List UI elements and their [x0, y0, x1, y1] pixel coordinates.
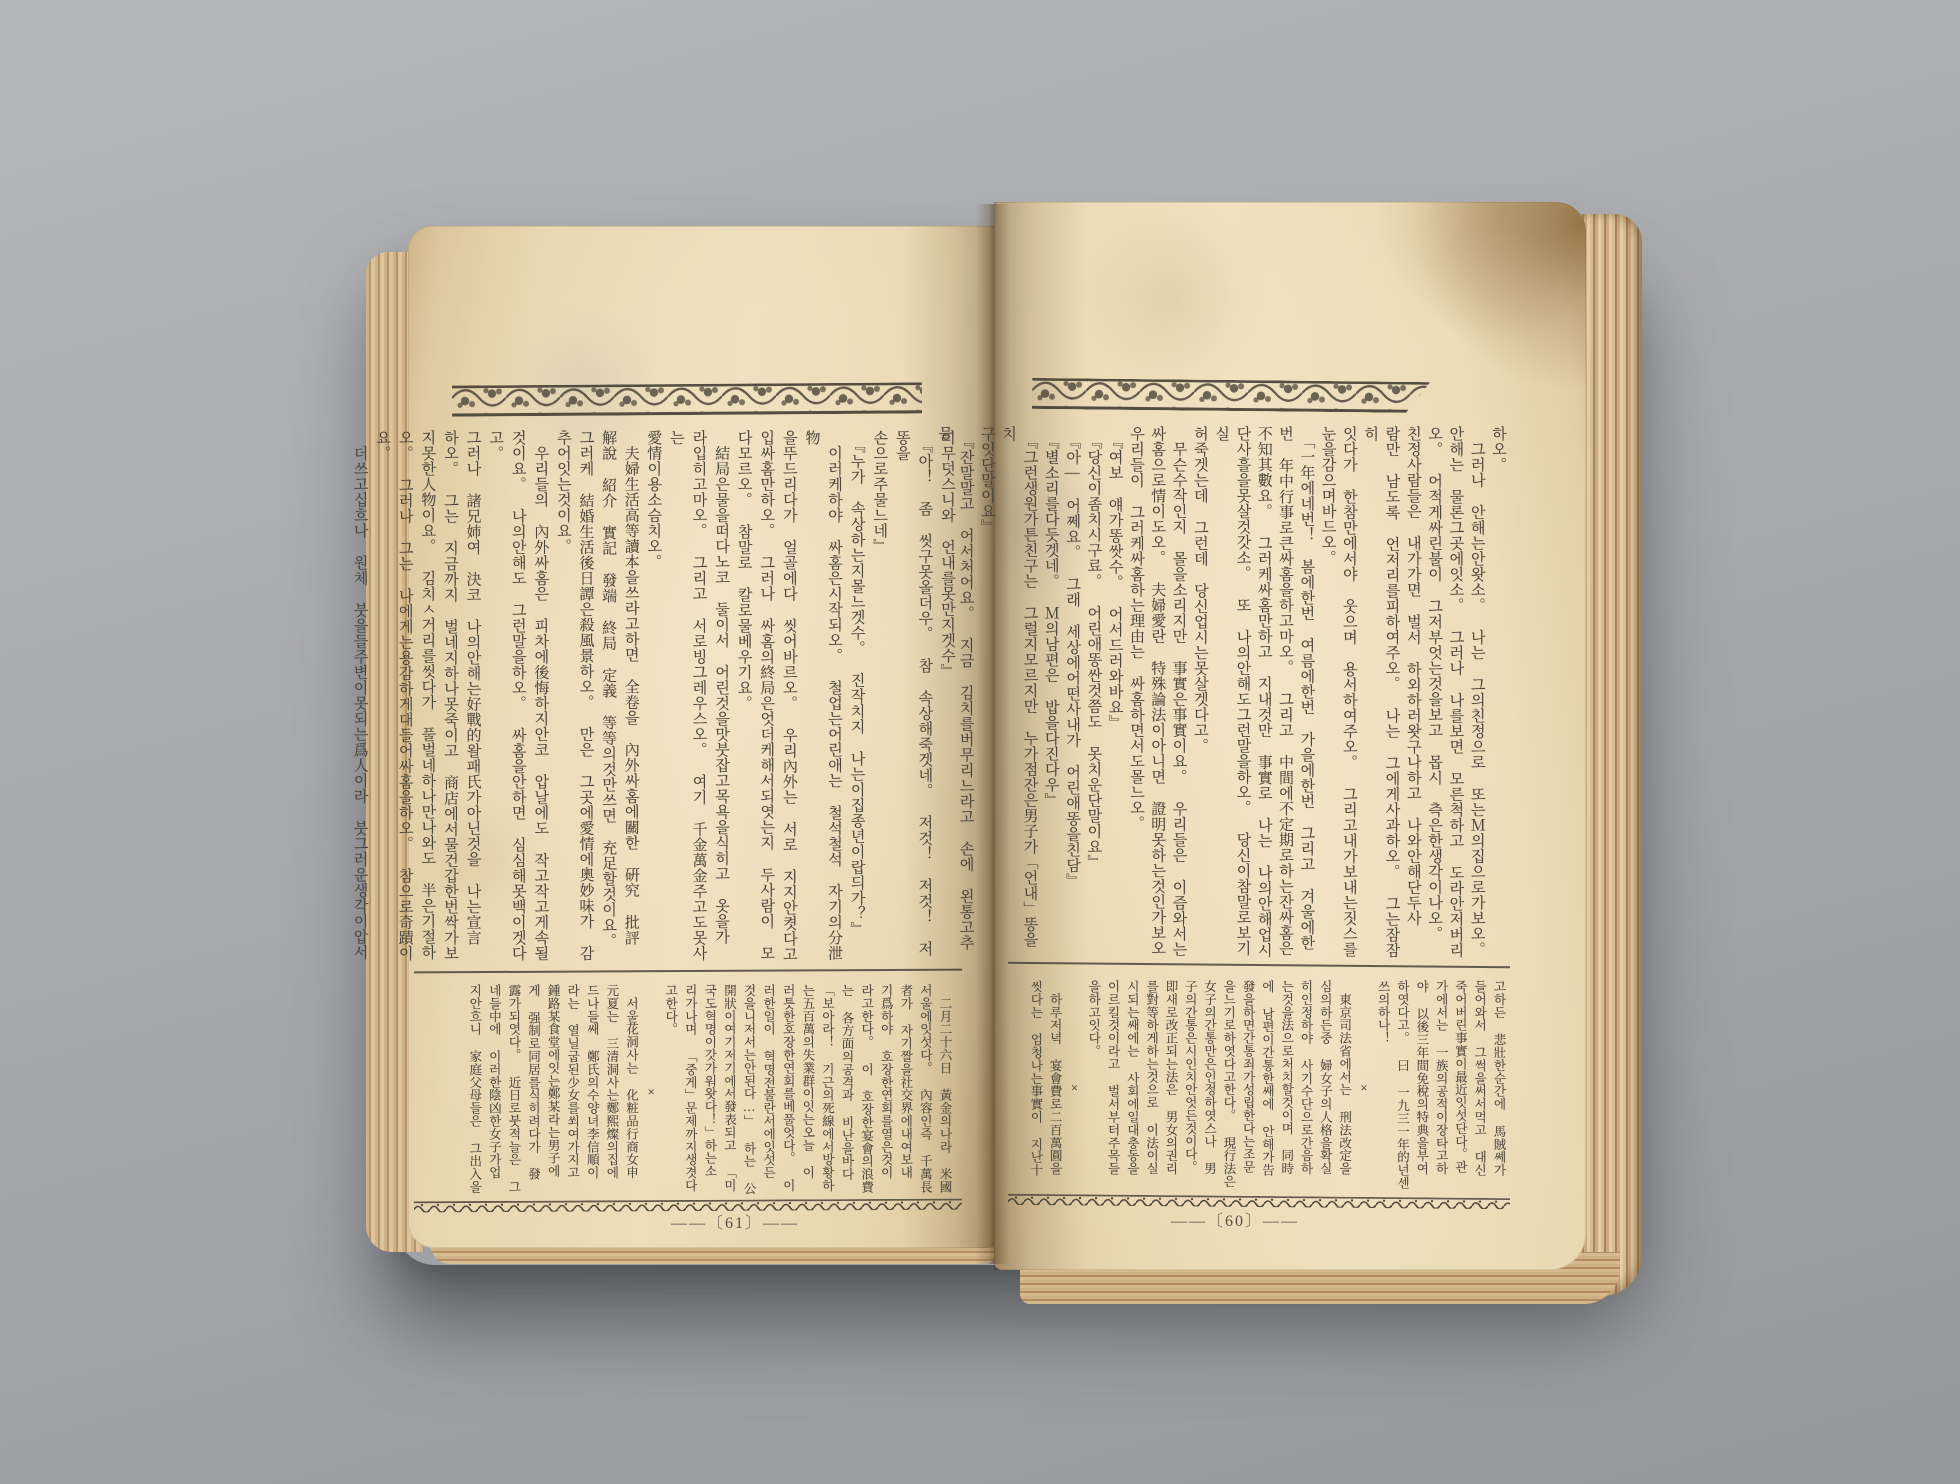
text-column: 『별소리를다듯겟네。 Ｍ의남편은 밥을다진다우』: [1039, 426, 1060, 960]
text-column: 다모르오。 참말로 칼로물베우기요。: [732, 430, 755, 964]
text-column: 即새로改正되는法은 男女의권리: [1161, 980, 1180, 1196]
text-column: 하오。 그는 지금까지 벌네지하나못죽이고 商店에서물건갑한번싹가보: [438, 430, 461, 964]
text-column: 者가 자기짤을社交界에내여보내: [895, 984, 915, 1200]
text-column: 子의간통은시인치안엇든것이다。: [1180, 980, 1199, 1196]
text-column: 우리들이 그러케싸홈하는理由는 싸홈하면서도몰느오。: [1125, 426, 1146, 960]
text-column: 잇다가 한참만에서야 웃으며 용서하여주오。 그리고내가보내는짓스를: [1338, 426, 1359, 960]
text-column: 夫婦生活高等讀本을쓰라고하면 全卷을 內外싸홈에關한 硏究 批評: [619, 430, 642, 964]
text-column: 그러나 諸兄姉여 決코 나의안해는好戰的왈패氏가아닌것을 나는宣言: [461, 430, 484, 964]
text-column: 不知其數요。 그러케싸홈만하고 지내것만 事實로 나는 나의안해업시: [1252, 426, 1273, 960]
text-column: 東京司法省에서는 刑法改定을: [1334, 980, 1353, 1196]
text-column: 무슨수작인지 몰을소리지만 事實은事實이요。 우리들은 이즘와서는: [1167, 426, 1188, 960]
text-column: 露가되엿다。 近日로붓적늘은 그: [503, 984, 523, 1200]
text-column: 이르킬것이라고 벌서부터주목들: [1103, 980, 1122, 1196]
text-column: 눈을감으며바드오。: [1316, 426, 1337, 960]
text-column: 시되는쌔에는 사회에일대충동을: [1122, 980, 1141, 1196]
text-column: 서울에잇섯다。 內容인즉 千萬長: [915, 984, 935, 1200]
text-column: 는 各方面의공격과 비난을바다: [836, 984, 856, 1200]
text-column: 것이요。 나의안해도 그런말을하오。 싸홈을안하면 심심해못백이겟다고。: [484, 430, 529, 964]
text-column: 하엿다고。 曰 一九三一年的넌센: [1392, 980, 1411, 1196]
text-column: 發을하면간통죄가성립한다는조문: [1238, 980, 1257, 1196]
text-column: 는것을法으로처치할것이며 同時: [1276, 980, 1295, 1196]
text-column: 二月二十六日 黃金의나라 米國: [934, 984, 954, 1200]
right-page-lower-text: 고하든 悲壯한순간에 馬賊쎼가들어와서 그썩을써서먹고 대신죽어버린事實이最近잇…: [1016, 980, 1508, 1196]
text-column: 「보아라！ 기근의死線에서방황하: [817, 984, 837, 1200]
left-page-lower-text: 二月二十六日 黃金의나라 米國서울에잇섯다。 內容인즉 千萬長者가 자기짤을社交…: [432, 984, 954, 1200]
text-column: 지못한人物이요。 김치ㅅ거리를씻다가 풀벌네하나만나와도 半은기절하: [416, 430, 439, 964]
text-column: 『누가 속상하는지몰느겟수。 진작치지 나는이집종년이랍듸가？』: [845, 430, 868, 964]
text-column: 이러케하야 싸홈은시작되오。 철업는어린애는 철석철석 자기의分泄物: [800, 430, 845, 964]
text-column: 『잔말말고 어서처어요。 지금 김치를버무리느라고 손에 왼통고추물: [933, 426, 976, 960]
text-column: 『여보 얘가똥쌋수。 어서드러와바요』: [1103, 426, 1124, 960]
text-column: ×: [1064, 980, 1083, 1196]
text-column: 단사흘을못살것갓소。 또 나의안해도그런말을하오。 당신이참말로보기실: [1210, 426, 1253, 960]
text-column: 네들中에 이러한陰凶한女子가업: [484, 984, 504, 1200]
text-column: 구잇단말이요』: [976, 426, 997, 960]
text-column: 라는 열닐굽된少女를쐬여가지고: [562, 984, 582, 1200]
text-column: 우리들의 內外싸홈은 피차에後悔하지안코 압날에도 작고작고게속될: [529, 430, 552, 964]
text-column: 추어잇는것이요。: [551, 430, 574, 964]
text-column: 서울花洞사는 化粧品行商女申: [621, 984, 641, 1200]
text-column: ×: [1354, 980, 1373, 1196]
text-column: 를對等하게하는것으로 이法이실: [1141, 980, 1160, 1196]
text-column: 러틋한호장한연회를베풀엇다。 이: [778, 984, 798, 1200]
text-column: 고하든 悲壯한순간에 馬賊쎼가: [1489, 980, 1508, 1196]
left-page-upper-text: 이무덧스니와 언내를못만지겟수』 『아！ 좀 씻구못올더우。 참 속상해죽겟네。…: [450, 430, 958, 964]
right-page-number: ——〔60〕——: [1120, 1208, 1350, 1231]
floral-vine-ornament: [452, 382, 922, 416]
text-column: 더쓰고십흐나 원체 붓을들주변이못되는爲人이라 붓그러운생각이압서: [348, 430, 371, 964]
text-column: 「一年에네번！ 봄에한번 여름에한번 가을에한번 그리고 겨울에한: [1295, 426, 1316, 960]
text-column: 지안흐니 家庭父母들은 그出入을: [464, 984, 484, 1200]
text-column: 그러케 結婚生活後日譚은殺風景하오。 만은 그곳에愛情에奧妙味가 감: [574, 430, 597, 964]
text-column: 리가나며 「중게」문제까지생겻다: [680, 984, 700, 1200]
text-column: 『아— 어쩨요。 그래 세상에어떤사내가 어린애똥을친담』: [1061, 426, 1082, 960]
text-column: 야 以後三年間免稅의特典을부여: [1412, 980, 1431, 1196]
text-column: 입싸홈만하오。 그러나 싸홈의終局은엇더케해서되엿는지 두사람이 모: [755, 430, 778, 964]
text-column: 기爲하야 호장한연회를열은것이: [876, 984, 896, 1200]
text-column: 女子의간통만은인정하엿스나 男: [1199, 980, 1218, 1196]
photo-background: 이무덧스니와 언내를못만지겟수』 『아！ 좀 씻구못올더우。 참 속상해죽겟네。…: [0, 0, 1960, 1484]
text-column: 친정사람들은 내가가면 벌서 하외하러왓구나하고 나와안해단두사: [1402, 426, 1423, 960]
text-column: 愛情이용소슴치오。: [642, 430, 665, 964]
text-column: 解說 紹介 實記 發端 終局 定義 等等의것만쓰면 充足할것이요。: [597, 430, 620, 964]
text-column: 안해는 물론그곳에잇소。 그러나 나를보면 모른척하고 도라안저버리: [1444, 426, 1465, 960]
text-column: 람만 남도록 언저리를피하여주오。 나는 그에게사과하오。 그는잠잠히: [1359, 426, 1402, 960]
text-column: 죽어버린事實이最近잇섯단다。관: [1450, 980, 1469, 1196]
text-column: 가에서는 一族의공적이장타고하: [1431, 980, 1450, 1196]
text-column: 에 남편이간통한쌔에 안해가告: [1257, 980, 1276, 1196]
text-column: 을느기로하엿다고한다。 現行法은: [1219, 980, 1238, 1196]
text-column: 러한일이 혁명전불란서에잇섯든: [758, 984, 778, 1200]
text-column: 드나들쌔 鄭氏의수양녀李信順이: [582, 984, 602, 1200]
text-column: 하루저녁 宴會費로二百萬圓을: [1045, 980, 1064, 1196]
floral-vine-ornament: [1032, 378, 1430, 413]
text-column: 씻다는 엄청나는事實이 지난十: [1026, 980, 1045, 1196]
text-column: 鍾路某食堂에잇는鄭某라는男子에: [543, 984, 563, 1200]
text-column: 開狀이여기저기에서發表되고 「미: [719, 984, 739, 1200]
left-page-number: ——〔61〕——: [620, 1210, 850, 1233]
text-column: 심의하든중 婦女子의人格을확실: [1315, 980, 1334, 1196]
text-column: 『아！ 좀 씻구못올더우。 참 속상해죽겟네。 저것！ 저것！ 저 똥을: [890, 430, 935, 964]
text-column: 는五百萬의失業群이잇는오늘 이: [797, 984, 817, 1200]
text-column: 싸홈으로情이도오。 夫婦愛란 特殊論法이아니면 證明못하는것인가보오: [1146, 426, 1167, 960]
text-column: 고한다。: [660, 984, 680, 1200]
text-column: 오。 어적게싸린불이 그저부엇는것을보고 몹시 측은한생각이나오。: [1423, 426, 1444, 960]
text-column: ×: [641, 984, 661, 1200]
text-column: 그러나 안해는안왓소。 나는 그의친정으로 또는Ｍ의집으로가보오。: [1465, 426, 1486, 960]
text-column: 허죽겟는데 그런데 당신업시는못살겟다고。: [1189, 426, 1210, 960]
text-column: 오。 그러나 그는 나에게는용감하게대들어싸홈을하오。 참으로奇蹟이요。: [371, 430, 416, 964]
text-column: 을하고잇다。: [1083, 980, 1102, 1196]
text-column: 것을니저서는안된다…」 하는 公: [738, 984, 758, 1200]
text-column: 라입히고마오。 그리고 서로빙그레우스오。 여기 千金萬金주고도못사는: [664, 430, 709, 964]
text-column: 쓰의하나！: [1373, 980, 1392, 1196]
text-column: 結局은물을떠다노코 둘이서 어린것을맛붓잡고목욕을식히고 옷을가: [709, 430, 732, 964]
text-column: 元夏는 三清洞사는鄭熙燦의집에: [601, 984, 621, 1200]
text-column: 『그런생원가튼친구는 그럴지모르지만 누가점잔은男子가「언내」똥을치: [997, 426, 1040, 960]
right-page-upper-text: 하오。 그러나 안해는안왓소。 나는 그의친정으로 또는Ｍ의집으로가보오。안해는…: [1016, 426, 1508, 960]
text-column: 을뚜드리다가 얼골에다 씻어바르오。 우리內外는 서로 지지안켯다고: [777, 430, 800, 964]
text-column: 들어와서 그썩을써서먹고 대신: [1469, 980, 1488, 1196]
text-column: 라고한다。 이 호장한宴會의浪費: [856, 984, 876, 1200]
text-column: 히인정하야 사기수단으로간음하: [1296, 980, 1315, 1196]
text-column: 게 强制로同居를식히려다가 發: [523, 984, 543, 1200]
text-column: 번 年中行事로큰싸홈을하고마오。 그리고 中間에不定期로하는잔싸홈은: [1274, 426, 1295, 960]
text-column: 국도혁명이갓가워왓다！」하는소: [699, 984, 719, 1200]
text-column: 『당신이좀치시구료。 어린애똥싼것쯤도 못치운단말이요』: [1082, 426, 1103, 960]
text-column: 하오。: [1487, 426, 1508, 960]
text-column: 손으로주물느네』: [868, 430, 891, 964]
